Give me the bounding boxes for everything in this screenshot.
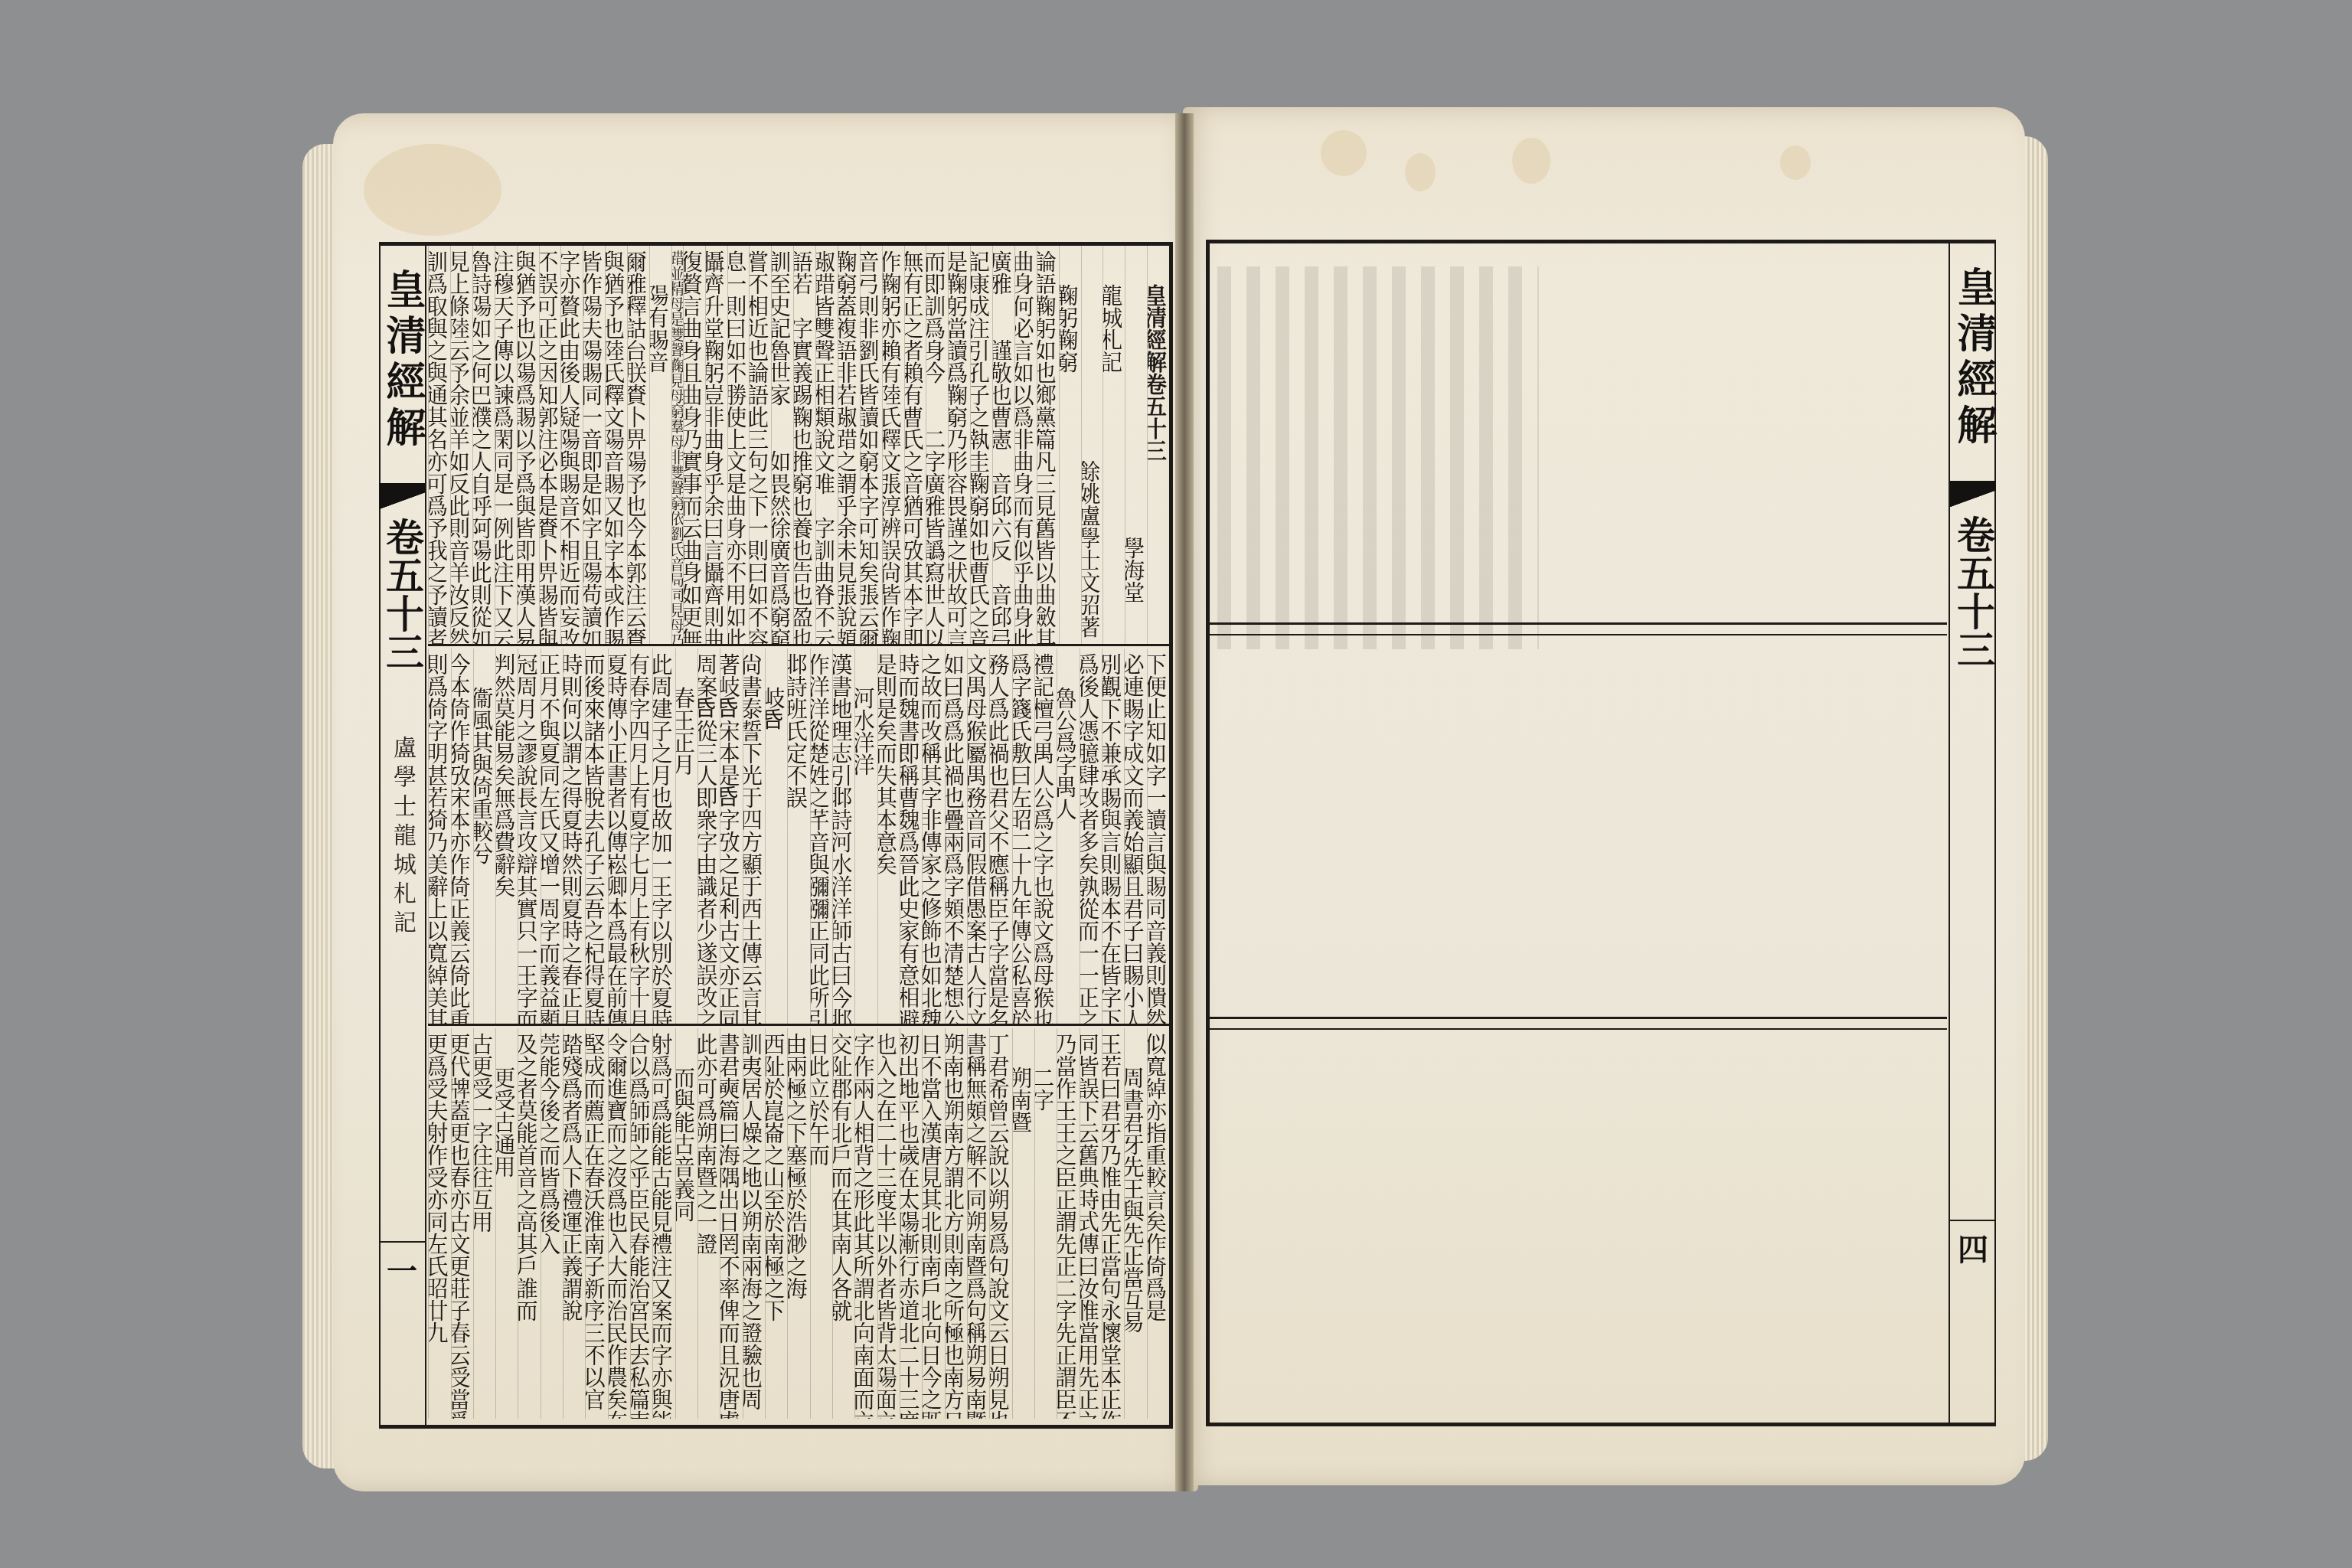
text-column: 朔南也朔南方謂北方則南之所極也南方日在其南孔子之處也此地 xyxy=(945,1028,967,1419)
text-column: 同皆誤下云舊典時式傳曰汝惟當用先正之臣所行此正字 xyxy=(1080,1028,1102,1419)
text-column: 廣雅𥦯𥨍謹敬也曹憲𥦯音邱六反𥨍音邱弓反儀禮聘禮鞠 xyxy=(992,246,1014,644)
text-column: 復贅言曲身且曲身乃實事而云曲身如更無此文法 xyxy=(683,246,705,644)
spine-volume-label: 卷五十三 xyxy=(1950,515,1996,668)
text-column: 今本倚作猗攷宋本亦作倚正義云倚此重較之車 xyxy=(451,648,473,1024)
text-column: 判然莫能易矣無爲費辭矣 xyxy=(495,648,518,1024)
entry-heading: 朔南暨 xyxy=(1012,1028,1034,1419)
text-column: 日此立於午而 xyxy=(810,1028,832,1419)
entry-heading: 春王正月 xyxy=(675,648,697,1024)
text-column: 語若𥦯字實義踢鞠也推窮也養也告也盈也並未有曲也一 xyxy=(793,246,815,644)
foxing-spot xyxy=(1512,138,1550,184)
text-column: 著岐𠯑宋本是𠯑字攷之足利古文亦正同而今本多改作岐 xyxy=(720,648,742,1024)
text-column: 必連賜字成文而義始顯且君子曰賜小人曰與二字亦微有 xyxy=(1124,648,1146,1024)
bleed-through-text xyxy=(1217,266,1539,649)
text-column: 爲後人憑臆肆改者多矣孰從而一一正之乎 xyxy=(1080,648,1102,1024)
text-column: 與猶予也陸氏釋文陽音賜又如字本或作賜近時本兩賜字 xyxy=(605,246,627,644)
text-column: 此周建子之月也故加一王字以別於夏時案夏小正正月上 xyxy=(652,648,675,1024)
spine-page-number: 四 xyxy=(1950,1220,1996,1269)
text-column: 音弓則非劉氏皆讀如窮本字可知矣張云爾雅云鞠究窮也 xyxy=(860,246,882,644)
text-column: 曲身何必言如以爲非曲身而有似乎曲身此亦形容鮮當寀 xyxy=(1014,246,1037,644)
text-column: 西阯於崑崙之山至於南極之下 xyxy=(765,1028,787,1419)
fishtail-mark-icon xyxy=(379,483,425,514)
text-column: 與猶予也以陽爲賜以予爲與皆即用漢人易字之法如郭氏 xyxy=(517,246,539,644)
text-column: 莞能今後之而皆爲後入 xyxy=(541,1028,563,1419)
spine-volume-label: 卷五十三 xyxy=(379,518,425,671)
text-column: 是則是矣而失其本意矣 xyxy=(877,648,900,1024)
text-column: 息一則曰如不勝使上文是曲身亦不用如此費詞覆解或云 xyxy=(727,246,750,644)
text-column: 下便止知如字一讀言與賜同音義則憒然夫與字非與僻何 xyxy=(1147,648,1169,1024)
text-column: 周案𠯑從三人即衆字由識者少遂誤改之 xyxy=(697,648,720,1024)
text-column: 文禺母猴屬禺務音同假借愚案古人行文亦當有遷就之處 xyxy=(967,648,989,1024)
register-divider xyxy=(1210,622,1947,625)
text-column: 作鞠躬亦賴有陸氏釋文張淳辨誤尙皆作鞠窮陸止載劉氏 xyxy=(882,246,904,644)
text-column: 爲字籛氏敷曰左昭二十九年傳公私喜於陽穀而思於魯曰 xyxy=(1012,648,1034,1024)
entry-heading: 陽有賜音 xyxy=(649,246,671,644)
text-column: 踏殘爲者爲人下禮運正義謂說 xyxy=(563,1028,585,1419)
publisher-label: 學海堂 xyxy=(1125,246,1147,644)
text-column: 初出地平也歲在太陽漸行赤道北二十三度半其外則不到 xyxy=(900,1028,922,1419)
text-column: 似寬綽亦指重較言矣作倚爲是 xyxy=(1147,1028,1169,1419)
text-column: 及之者莫能首音之高其戶誰而 xyxy=(518,1028,540,1419)
fishtail-mark-icon xyxy=(1950,481,1996,511)
text-column: 冠周月之謬說長言攻辯其實只一王字而周之不同於夏已 xyxy=(518,648,540,1024)
text-column: 爾雅釋詁台朕賚卜畀陽予也今本郭注云賚卜畀皆賜與也 xyxy=(627,246,649,644)
text-column: 踖並精母是雙聲鞠見母窮羣母非雙聲窮依劉氏音局同見母乃雙聲𥦯𥨍曹音邱六邱弓二反同溪… xyxy=(671,246,683,644)
text-column: 而即訓爲身今𥦯𥨍二字廣雅皆譌寫世人以其不常見也遂 xyxy=(926,246,948,644)
text-column: 之故而改稱其字非傳家之修飾也如北魏當曹魏未禪晉之 xyxy=(922,648,944,1024)
lower-register: 似寬綽亦指重較言矣作倚爲是周書君牙先王與先正當互易王若曰君牙乃惟由先正當句永懷堂… xyxy=(428,1028,1169,1419)
register-divider xyxy=(428,1024,1169,1026)
entry-heading: 鞠躬鞠窮𥦯𥨍 xyxy=(1059,246,1081,644)
text-column: 日不當入漢唐見其北則南戶北向日今之既下從旦日 xyxy=(922,1028,944,1419)
text-column: 字作兩人相背之形此其所謂北向南面而立故從此 xyxy=(854,1028,877,1419)
text-column: 堅成而薦正在春沃淮南子新序三不以官 xyxy=(585,1028,607,1419)
text-column: 別觀下不兼承賜與言則賜本不在皆字下明甚嗟古人之書 xyxy=(1102,648,1124,1024)
spine-book-title: 皇清經解 xyxy=(1950,266,1996,450)
work-title: 龍城札記 xyxy=(1102,246,1125,644)
register-divider xyxy=(1210,634,1947,635)
open-book: 皇清經解 卷五十三 盧學士龍城札記 一 皇清經解卷五十三 學海堂 龍城札記 餘姚… xyxy=(302,98,2048,1491)
entry-heading: 岐𠯑 xyxy=(765,648,787,1024)
text-column: 尙書泰誓下光于四方顯于西土傳云言其明德充塞四方明 xyxy=(743,648,765,1024)
author-line: 餘姚盧學士文弨著 xyxy=(1081,246,1103,644)
entry-heading: 衞風其與倚重較兮 xyxy=(473,648,495,1024)
text-column: 是鞠躬當讀爲鞠窮乃形容畏謹之狀故可言如不當因躬字 xyxy=(948,246,970,644)
text-column: 注穆天子傳以諫爲閑同是一例此注下又云因通其名始引 xyxy=(495,246,517,644)
text-column: 正月不與夏同左氏又增一周字而義益顯後人因胡氏夏時 xyxy=(541,648,563,1024)
text-column: 如曰爲爲此禍也疊兩爲字頗不清楚想公當日亦以不順口 xyxy=(945,648,967,1024)
entry-heading: 而與能古音義同 xyxy=(675,1028,697,1419)
volume-heading: 皇清經解卷五十三 xyxy=(1147,246,1169,644)
text-column: 有春字四月上有夏字七月上有秋字十月上有冬字此之謂 xyxy=(630,648,652,1024)
water-stain xyxy=(364,144,501,236)
text-column: 訓至史記魯世家𥦯𥨍如畏然徐廣音爲窮窮字少異而義未 xyxy=(771,246,793,644)
text-column: 則爲倚字明甚若猗乃美辭上以寬綽美其人此卽美其車較 xyxy=(428,648,450,1024)
register-divider xyxy=(1210,1028,1947,1030)
text-column: 字亦贅此由後人疑陽與賜音不相近而妄改之耳今幸宋本 xyxy=(560,246,583,644)
text-column: 禮記檀弓禺人公爲之字也說文爲母猴也爾雅在寓屬故以 xyxy=(1034,648,1057,1024)
text-column: 書君奭篇曰海隅出日罔不率俾而且況唐虞之際乎 xyxy=(720,1028,742,1419)
text-column: 也入之在二十三度半以外者皆背太陽面立故聚文北 xyxy=(877,1028,900,1419)
text-column: 時而魏書即稱曹魏爲晉此史家有意相避後校者一一改正 xyxy=(900,648,922,1024)
right-page-frame: 皇清經解 卷五十三 四 xyxy=(1206,240,1996,1426)
register-divider xyxy=(1210,1017,1947,1019)
text-column: 魯詩陽如之何巴濮之人自呼阿陽此則從如字讀夫子字已 xyxy=(472,246,495,644)
right-spine-banxin: 皇清經解 卷五十三 四 xyxy=(1949,243,1996,1423)
text-column: 漢書地理志引邶詩河水洋洋師古曰今邶詩無此句余謂當 xyxy=(832,648,854,1024)
upper-register: 皇清經解卷五十三 學海堂 龍城札記 餘姚盧學士文弨著 鞠躬鞠窮𥦯𥨍論語鞠躬如也鄉… xyxy=(428,246,1169,644)
entry-heading: 魯公爲字禺人 xyxy=(1057,648,1079,1024)
text-column: 令爾進寶而之沒爲也入大而治民作農矣在地又士容論柔而 xyxy=(608,1028,630,1419)
entry-heading: 二字 xyxy=(1034,1028,1057,1419)
text-column: 交阯郡有北戶而在其南人各就 xyxy=(832,1028,854,1419)
text-column: 而後來諸本皆脫去孔子云吾之杞得夏時焉若但有月而無 xyxy=(585,648,607,1024)
text-column: 由兩極之下塞極於浩渺之海 xyxy=(787,1028,809,1419)
spine-page-number: 一 xyxy=(379,1241,425,1291)
book-gutter xyxy=(1175,113,1194,1491)
text-column: 書稱無頗之解不同朔南暨爲句稱朔易南暨之解蓋此 xyxy=(967,1028,989,1419)
text-column: 嘗不相近也論語此三句之下一則曰如不容一則曰氣似不 xyxy=(749,246,771,644)
register-divider xyxy=(428,644,1169,646)
text-column: 務人爲此禍也君父不應稱臣子字當是名禺人而字爲爾說 xyxy=(989,648,1011,1024)
foxing-spot xyxy=(1780,145,1811,180)
text-column: 更爲受夫射作受亦同左氏昭廿九 xyxy=(428,1028,450,1419)
text-column: 更代牌蓋更也春亦古文更莊子春云受當爲 xyxy=(451,1028,473,1419)
foxing-spot xyxy=(1321,130,1367,176)
text-column: 鞠窮蓋複語非若踧踖之謂乎余未見張說頗亦有此意鞠窮 xyxy=(838,246,860,644)
text-column: 見上條陸云予余並羊如反此則音羊汝反然則此條正義實 xyxy=(450,246,472,644)
text-column: 此亦可爲朔南暨之一證 xyxy=(697,1028,720,1419)
text-column: 攝齊升堂鞠躬豈非曲身乎余曰言攝齊則曲身自見正不必 xyxy=(705,246,727,644)
text-column: 射爲可爲能能古能見禮注又案而字亦與能同齊策四而治 xyxy=(652,1028,675,1419)
text-column: 論語鞠躬如也鄉黨篇凡三見舊皆以曲斂其身解之夫信爲 xyxy=(1037,246,1059,644)
text-column: 無有正之者賴有曹氏之音猶可攷其本字即儀禮注今亦多 xyxy=(904,246,926,644)
text-column: 合以爲師師之乎臣民春能治宮民去私篇南陽缺 xyxy=(630,1028,652,1419)
text-column: 夏時傳小正書者以傳崧卿本爲最在前傳本有春夏秋冬字 xyxy=(608,648,630,1024)
text-column: 訓爲取與之與通其名亦可爲予我之予讀者但見引魯詩以 xyxy=(428,246,450,644)
text-column: 作洋洋從楚姓之芊音與瀰瀰正同此所引乃新臺之篇正在 xyxy=(810,648,832,1024)
spine-book-title: 皇清經解 xyxy=(379,269,425,452)
text-column: 古更受一字往往互用 xyxy=(473,1028,495,1419)
left-spine-banxin: 皇清經解 卷五十三 盧學士龍城札記 一 xyxy=(379,246,426,1425)
text-column: 皆作陽夫陽賜同一音即是如字且陽苟讀如字則上音賜二 xyxy=(583,246,605,644)
text-column: 王若曰君牙乃惟由先正當句永懷堂本正作王足利古本亦 xyxy=(1102,1028,1124,1419)
spine-subtitle: 盧學士龍城札記 xyxy=(379,736,425,939)
text-column: 不誤可正之因知郭注必本是賚卜畀賜皆與也故下即承云 xyxy=(539,246,561,644)
middle-register: 下便止知如字一讀言與賜同音義則憒然夫與字非與僻何必連賜字成文而義始顯且君子曰賜小… xyxy=(428,648,1169,1024)
entry-heading: 周書君牙先王與先正當互易 xyxy=(1124,1028,1146,1419)
text-column: 記康成注引孔子之執圭鞠窮如也曹氏之音正與鄭注相合 xyxy=(970,246,992,644)
text-column: 丁君希曾云說以朔易爲句說文云日朔見也朔即易無平不頗 xyxy=(989,1028,1011,1419)
text-column: 踧踖皆雙聲正相類說文唯𥦯字訓曲脊不云𥦯躬亦不引論 xyxy=(815,246,838,644)
text-column: 邶詩班氏定不誤 xyxy=(787,648,809,1024)
foxing-spot xyxy=(1405,153,1436,191)
text-column: 乃當作王王之臣正謂先正二字先正謂臣不必更贅之臣 xyxy=(1057,1028,1079,1419)
left-page-frame: 皇清經解 卷五十三 盧學士龍城札記 一 皇清經解卷五十三 學海堂 龍城札記 餘姚… xyxy=(379,242,1173,1429)
text-column: 訓夷居人燥之地以朔南兩海之證驗也周 xyxy=(743,1028,765,1419)
entry-heading: 河水洋洋 xyxy=(854,648,877,1024)
entry-heading: 更受古通用 xyxy=(495,1028,518,1419)
text-column: 時則何以謂之得夏時然則夏時之春正月若彼今則時王之 xyxy=(563,648,585,1024)
